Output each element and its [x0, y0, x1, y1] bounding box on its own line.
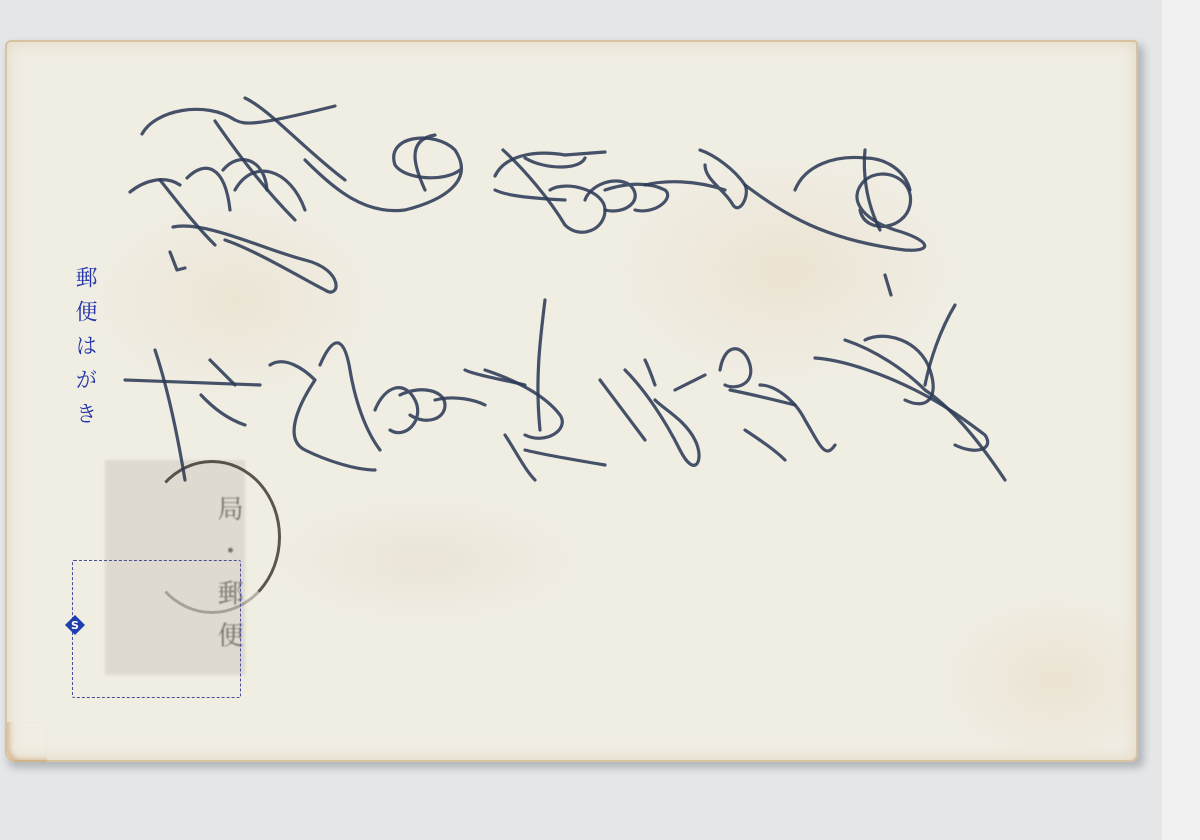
handwritten-signature — [5, 40, 1138, 762]
page-margin-strip — [1162, 0, 1200, 840]
postcard: 郵便はがき 局 ・ 郵 便 S — [5, 40, 1138, 762]
signature-line-2 — [125, 275, 1005, 480]
signature-line-1 — [130, 98, 925, 292]
